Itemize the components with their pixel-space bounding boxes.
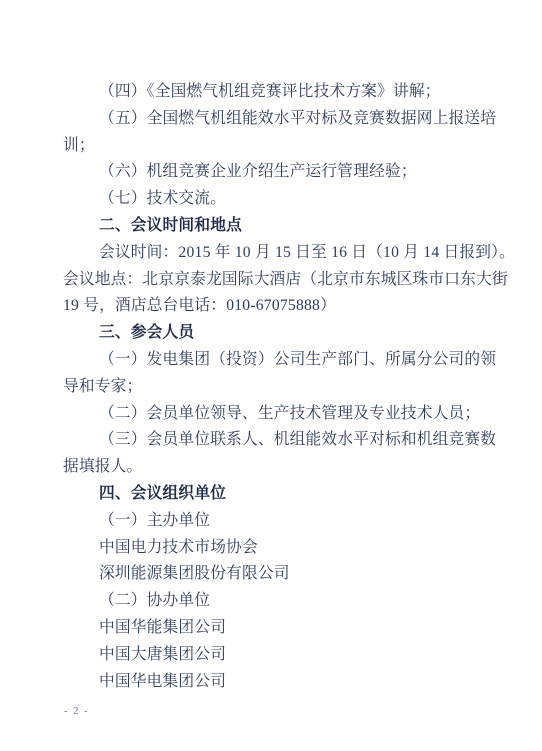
agenda-item-4: （四）《全国燃气机组竞赛评比技术方案》讲解； [63, 79, 483, 106]
attendee-item-3-continuation: 据填报人。 [63, 454, 483, 481]
meeting-time-line: 会议时间：2015 年 10 月 15 日至 16 日（10 月 14 日报到）… [63, 240, 483, 267]
host-unit-1: 中国电力技术市场协会 [63, 535, 483, 562]
attendee-item-3: （三）会员单位联系人、机组能效水平对标和机组竞赛数 [63, 427, 483, 454]
agenda-item-6: （六）机组竞赛企业介绍生产运行管理经验； [63, 159, 483, 186]
document-body: （四）《全国燃气机组竞赛评比技术方案》讲解； （五）全国燃气机组能效水平对标及竞… [63, 79, 483, 695]
document-page: （四）《全国燃气机组竞赛评比技术方案》讲解； （五）全国燃气机组能效水平对标及竞… [0, 0, 542, 751]
attendee-item-1: （一）发电集团（投资）公司生产部门、所属分公司的领 [63, 347, 483, 374]
page-number: - 2 - [64, 705, 89, 719]
attendee-item-1-continuation: 导和专家； [63, 374, 483, 401]
co-organizer-label: （二）协办单位 [63, 588, 483, 615]
meeting-venue-continuation: 19 号，酒店总台电话：010-67075888） [63, 293, 483, 320]
section-heading-time-place: 二、会议时间和地点 [63, 213, 483, 240]
section-heading-attendees: 三、参会人员 [63, 320, 483, 347]
meeting-venue-line: 会议地点：北京京泰龙国际大酒店（北京市东城区珠市口东大街 [63, 267, 483, 294]
section-heading-organizers: 四、会议组织单位 [63, 481, 483, 508]
host-unit-label: （一）主办单位 [63, 508, 483, 535]
co-organizer-1: 中国华能集团公司 [63, 615, 483, 642]
attendee-item-2: （二）会员单位领导、生产技术管理及专业技术人员； [63, 401, 483, 428]
agenda-item-5: （五）全国燃气机组能效水平对标及竞赛数据网上报送培 [63, 106, 483, 133]
agenda-item-5-continuation: 训； [63, 133, 483, 160]
host-unit-2: 深圳能源集团股份有限公司 [63, 561, 483, 588]
co-organizer-3: 中国华电集团公司 [63, 669, 483, 696]
co-organizer-2: 中国大唐集团公司 [63, 642, 483, 669]
agenda-item-7: （七）技术交流。 [63, 186, 483, 213]
